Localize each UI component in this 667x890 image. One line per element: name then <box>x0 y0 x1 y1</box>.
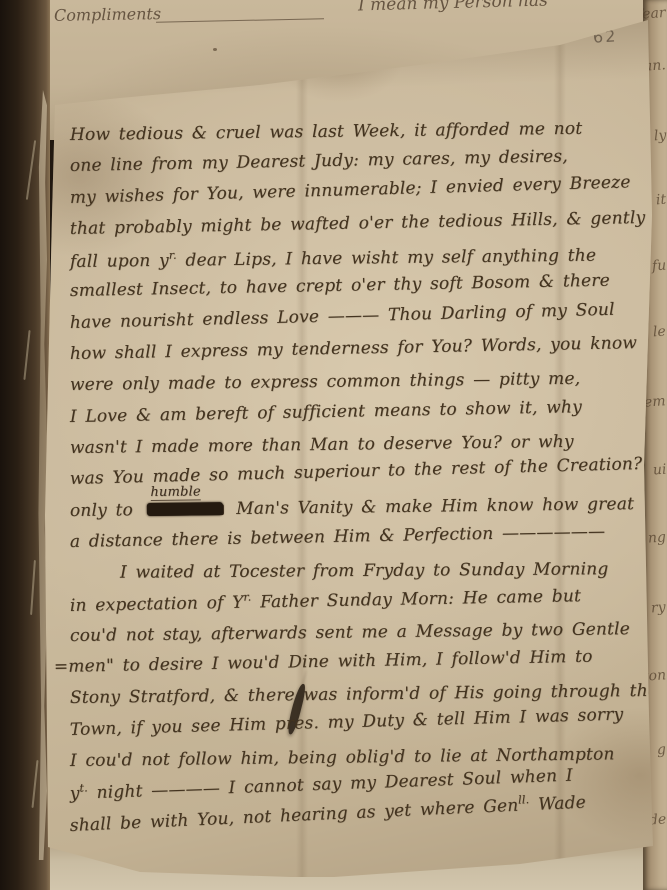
overleaf-fragment-left: Compliments <box>54 4 161 25</box>
line-text: Father Sunday Morn: He came but <box>251 587 581 613</box>
superscript-text: ll. <box>518 793 530 806</box>
edge-fragment: g <box>656 742 666 759</box>
pen-flourish-line <box>156 16 324 23</box>
superscript-text: r. <box>243 591 251 604</box>
superscript-text: r. <box>169 249 177 262</box>
edge-fragment: em <box>644 393 667 410</box>
overleaf-fragment-main: I mean my Person has <box>358 0 548 15</box>
edge-fragment: ui <box>652 462 667 479</box>
edge-fragment: ly <box>653 128 666 145</box>
line-text: Wade <box>529 792 586 815</box>
line-text: Man's Vanity & make Him know how great <box>228 494 635 519</box>
manuscript-photo: Compliments I mean my Person has Tearan.… <box>0 0 667 890</box>
ink-speck <box>213 48 217 51</box>
edge-fragment: fu <box>651 258 666 275</box>
line-text: in expectation of Y <box>70 593 244 616</box>
struck-out-word: humble <box>147 502 223 516</box>
inserted-word: humble <box>150 484 201 501</box>
paper-scratch <box>26 140 36 200</box>
line-text: dear Lips, I have wisht my self anything… <box>177 246 597 271</box>
paper-scratch <box>31 760 38 808</box>
paper-scratch <box>30 560 36 615</box>
edge-fragment: ry <box>651 600 667 617</box>
edge-fragment: it <box>655 192 666 209</box>
line-text: only to <box>70 500 142 521</box>
line-text: were only made to express common things … <box>70 369 581 395</box>
edge-fragment: Tear <box>643 5 667 23</box>
letter-page: 62 How tedious & cruel was last Week, it… <box>40 15 654 877</box>
edge-fragment: le <box>653 324 667 341</box>
paper-scratch <box>23 330 30 380</box>
line-text: I waited at Tocester from Fryday to Sund… <box>120 559 609 582</box>
letter-lines: How tedious & cruel was last Week, it af… <box>70 125 650 845</box>
line-text: fall upon y <box>70 251 169 272</box>
edge-fragment: ng <box>647 529 666 546</box>
